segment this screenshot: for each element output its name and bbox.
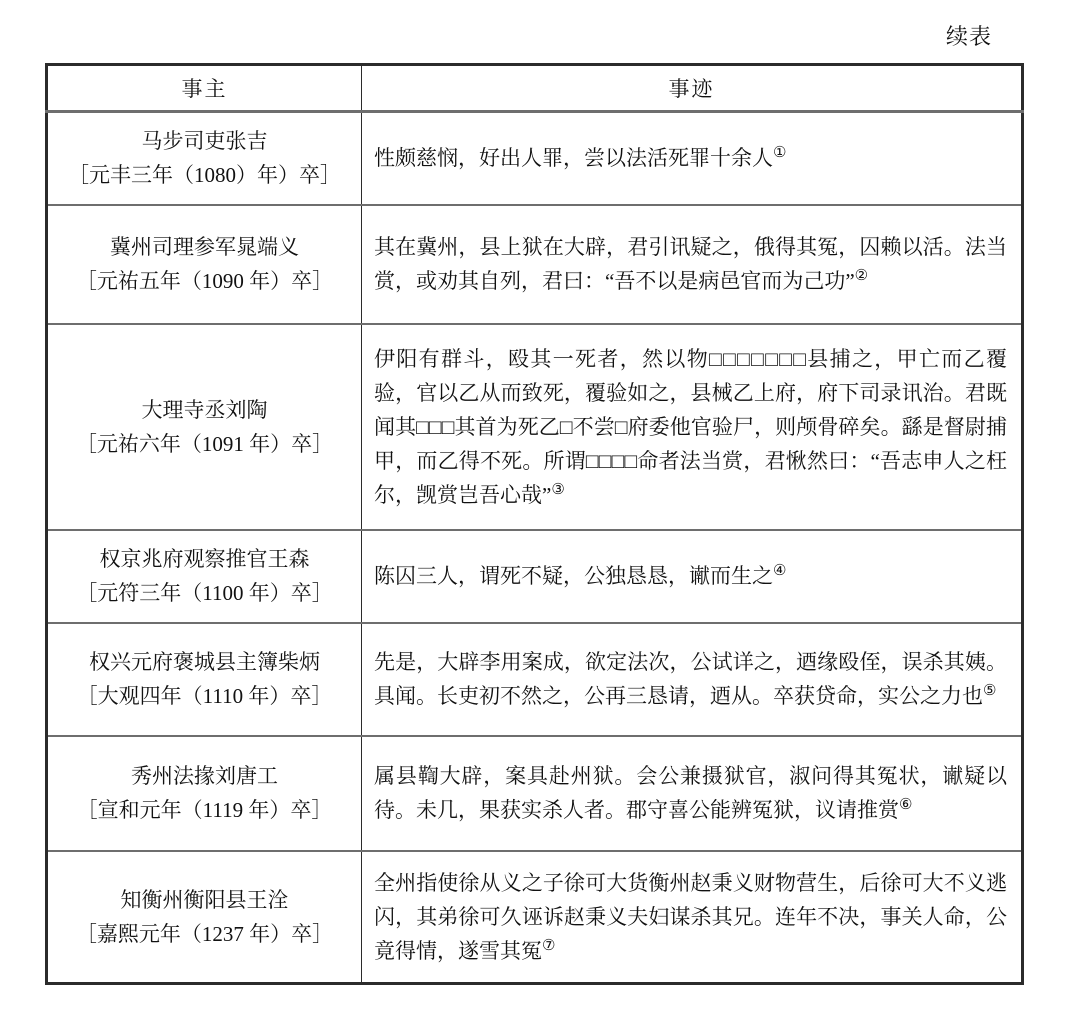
subject-death-year: ［大观四年（1110 年）卒］ — [56, 679, 353, 713]
subject-cell: 马步司吏张吉 ［元丰三年（1080）年）卒］ — [47, 112, 362, 205]
subject-death-year: ［元祐六年（1091 年）卒］ — [56, 427, 353, 461]
subject-cell: 知衡州衡阳县王洤 ［嘉熙元年（1237 年）卒］ — [47, 851, 362, 984]
deed-text: 先是，大辟李用案成，欲定法次，公试详之，迺缘殴侄，误杀其姨。具闻。长吏初不然之，… — [374, 650, 1007, 708]
footnote-ref: ① — [773, 145, 786, 161]
subject-name: 权兴元府褒城县主簿柴炳 — [56, 645, 353, 679]
column-header-deeds: 事迹 — [362, 65, 1023, 112]
subject-name: 知衡州衡阳县王洤 — [56, 883, 353, 917]
footnote-ref: ⑦ — [542, 938, 555, 954]
table-row: 大理寺丞刘陶 ［元祐六年（1091 年）卒］ 伊阳有群斗，殴其一死者，然以物□□… — [47, 324, 1023, 530]
footnote-ref: ⑥ — [899, 797, 912, 813]
deed-text: 属县鞫大辟，案具赴州狱。会公兼摄狱官，淑问得其冤状，谳疑以待。未几，果获实杀人者… — [374, 764, 1007, 822]
continuation-table-label: 续表 — [0, 20, 992, 51]
subject-name: 马步司吏张吉 — [56, 124, 353, 158]
subject-death-year: ［嘉熙元年（1237 年）卒］ — [56, 917, 353, 951]
deeds-cell: 属县鞫大辟，案具赴州狱。会公兼摄狱官，淑问得其冤状，谳疑以待。未几，果获实杀人者… — [362, 736, 1023, 851]
deeds-cell: 性颇慈悯，好出人罪，尝以法活死罪十余人① — [362, 112, 1023, 205]
subject-cell: 权兴元府褒城县主簿柴炳 ［大观四年（1110 年）卒］ — [47, 623, 362, 736]
subject-death-year: ［宣和元年（1119 年）卒］ — [56, 793, 353, 827]
officials-cases-table: 事主 事迹 马步司吏张吉 ［元丰三年（1080）年）卒］ 性颇慈悯，好出人罪，尝… — [45, 63, 1024, 985]
deed-text: 全州指使徐从义之子徐可大货衡州赵秉义财物营生，后徐可大不义逃闪，其弟徐可久诬诉赵… — [374, 871, 1007, 963]
subject-death-year: ［元祐五年（1090 年）卒］ — [56, 264, 353, 298]
subject-name: 权京兆府观察推官王森 — [56, 542, 353, 576]
document-page: 续表 事主 事迹 马步司吏张吉 ［元丰三年（1080）年）卒］ 性颇慈悯，好出人… — [0, 0, 1066, 1021]
deeds-cell: 先是，大辟李用案成，欲定法次，公试详之，迺缘殴侄，误杀其姨。具闻。长吏初不然之，… — [362, 623, 1023, 736]
deeds-cell: 其在冀州，县上狱在大辟，君引讯疑之，俄得其冤，囚赖以活。法当赏，或劝其自列，君曰… — [362, 205, 1023, 324]
subject-death-year: ［元丰三年（1080）年）卒］ — [56, 158, 353, 192]
subject-name: 秀州法掾刘唐工 — [56, 759, 353, 793]
table-row: 权京兆府观察推官王森 ［元符三年（1100 年）卒］ 陈囚三人，谓死不疑，公独恳… — [47, 530, 1023, 623]
footnote-ref: ③ — [551, 482, 564, 498]
column-header-subject: 事主 — [47, 65, 362, 112]
table-row: 权兴元府褒城县主簿柴炳 ［大观四年（1110 年）卒］ 先是，大辟李用案成，欲定… — [47, 623, 1023, 736]
deeds-cell: 全州指使徐从义之子徐可大货衡州赵秉义财物营生，后徐可大不义逃闪，其弟徐可久诬诉赵… — [362, 851, 1023, 984]
deeds-cell: 陈囚三人，谓死不疑，公独恳恳，谳而生之④ — [362, 530, 1023, 623]
subject-cell: 权京兆府观察推官王森 ［元符三年（1100 年）卒］ — [47, 530, 362, 623]
deed-text: 其在冀州，县上狱在大辟，君引讯疑之，俄得其冤，囚赖以活。法当赏，或劝其自列，君曰… — [374, 235, 1007, 293]
deeds-cell: 伊阳有群斗，殴其一死者，然以物□□□□□□□县捕之，甲亡而乙覆验，官以乙从而致死… — [362, 324, 1023, 530]
footnote-ref: ⑤ — [983, 683, 996, 699]
table-row: 马步司吏张吉 ［元丰三年（1080）年）卒］ 性颇慈悯，好出人罪，尝以法活死罪十… — [47, 112, 1023, 205]
header-row: 事主 事迹 — [47, 65, 1023, 112]
table-row: 知衡州衡阳县王洤 ［嘉熙元年（1237 年）卒］ 全州指使徐从义之子徐可大货衡州… — [47, 851, 1023, 984]
subject-name: 大理寺丞刘陶 — [56, 393, 353, 427]
subject-cell: 秀州法掾刘唐工 ［宣和元年（1119 年）卒］ — [47, 736, 362, 851]
subject-death-year: ［元符三年（1100 年）卒］ — [56, 576, 353, 610]
subject-cell: 大理寺丞刘陶 ［元祐六年（1091 年）卒］ — [47, 324, 362, 530]
deed-text: 陈囚三人，谓死不疑，公独恳恳，谳而生之 — [374, 564, 773, 588]
footnote-ref: ④ — [773, 563, 786, 579]
subject-name: 冀州司理参军晁端义 — [56, 230, 353, 264]
table-row: 冀州司理参军晁端义 ［元祐五年（1090 年）卒］ 其在冀州，县上狱在大辟，君引… — [47, 205, 1023, 324]
deed-text: 性颇慈悯，好出人罪，尝以法活死罪十余人 — [374, 146, 773, 170]
table-row: 秀州法掾刘唐工 ［宣和元年（1119 年）卒］ 属县鞫大辟，案具赴州狱。会公兼摄… — [47, 736, 1023, 851]
deed-text: 伊阳有群斗，殴其一死者，然以物□□□□□□□县捕之，甲亡而乙覆验，官以乙从而致死… — [374, 347, 1007, 507]
footnote-ref: ② — [855, 268, 868, 284]
subject-cell: 冀州司理参军晁端义 ［元祐五年（1090 年）卒］ — [47, 205, 362, 324]
